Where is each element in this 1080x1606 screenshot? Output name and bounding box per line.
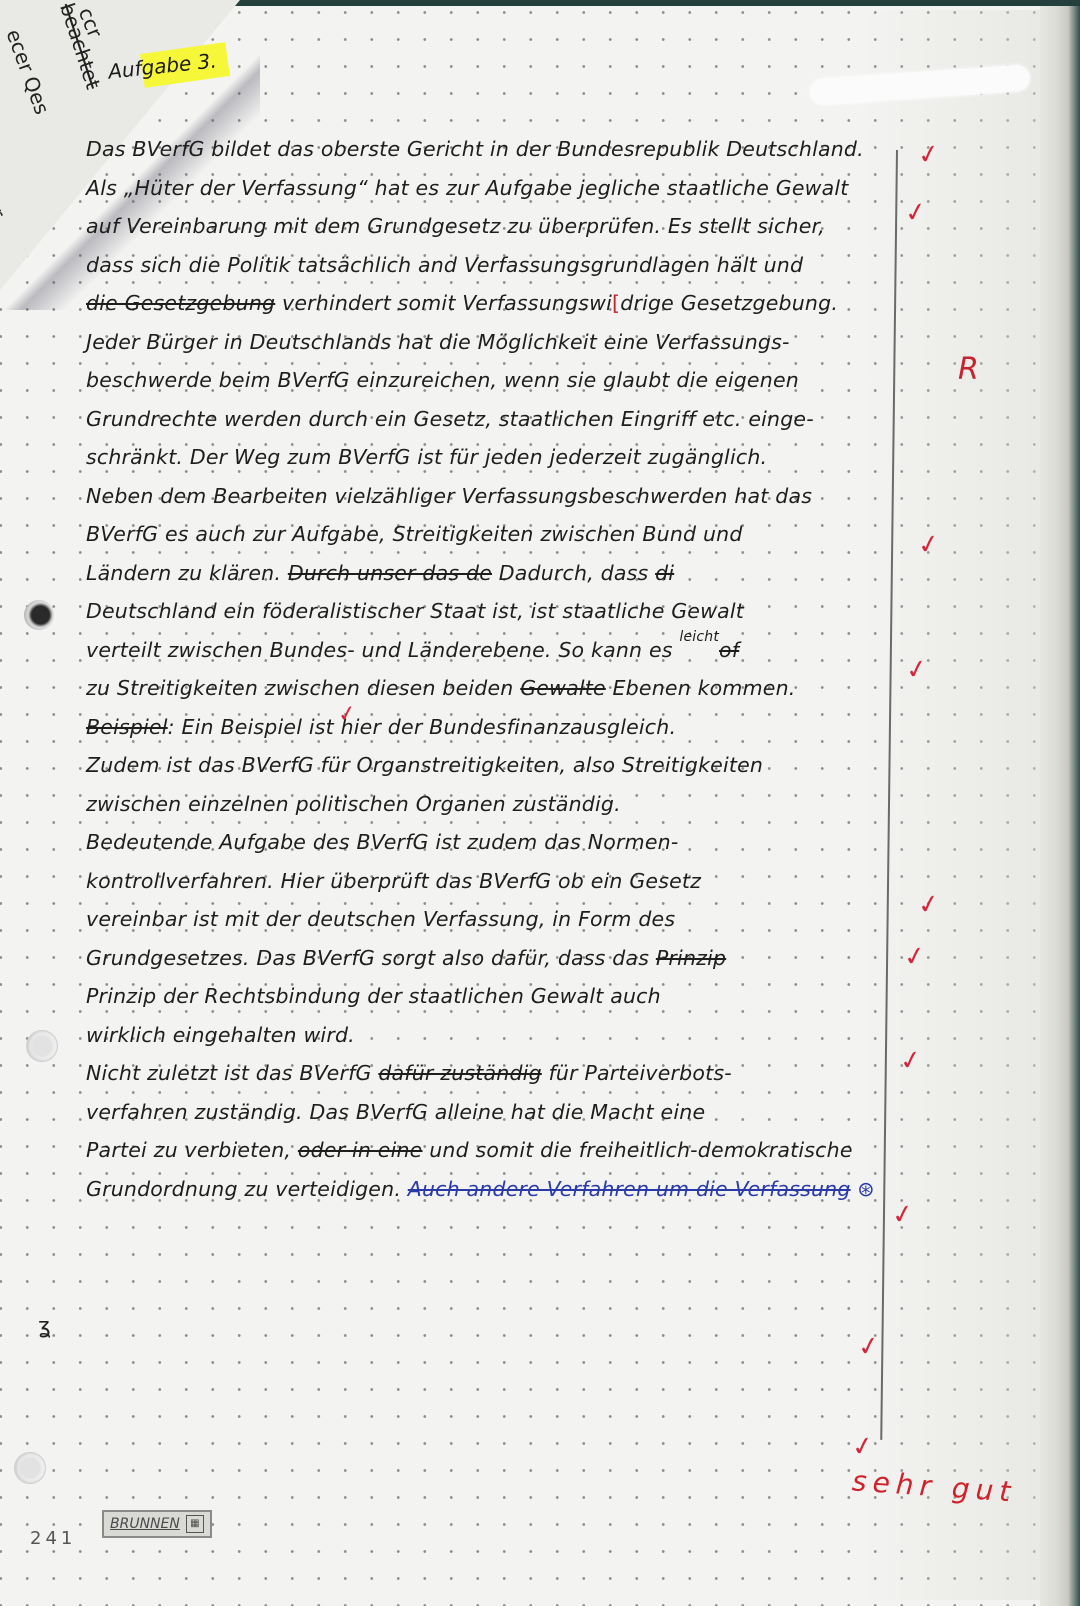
crossed-out-text: of: [719, 638, 739, 662]
text-line: Partei zu verbieten, oder in eine und so…: [86, 1131, 896, 1170]
text-line: Bedeutende Aufgabe des BVerfG ist zudem …: [86, 823, 896, 862]
handwritten-text: Bedeutende Aufgabe des BVerfG ist zudem …: [86, 830, 678, 854]
text-line: zu Streitigkeiten zwischen diesen beiden…: [86, 669, 896, 708]
crossed-out-text: dafür zuständig: [378, 1061, 541, 1085]
text-line: verfahren zuständig. Das BVerfG alleine …: [86, 1093, 896, 1132]
correction-letter-r: R: [958, 352, 979, 387]
handwritten-text: Ländern zu klären.: [86, 561, 288, 585]
text-line: Prinzip der Rechtsbindung der staatliche…: [86, 977, 896, 1016]
handwritten-text: Prinzip der Rechtsbindung der staatliche…: [86, 984, 661, 1008]
text-line: Grundordnung zu verteidigen. Auch andere…: [86, 1170, 896, 1209]
text-line: auf Vereinbarung mit dem Grundgesetz zu …: [86, 207, 896, 246]
paper-brand-logo: BRUNNEN▦: [102, 1510, 212, 1538]
handwritten-text: Neben dem Bearbeiten vielzähliger Verfas…: [86, 484, 812, 508]
text-line: wirklich eingehalten wird.: [86, 1016, 896, 1055]
text-line: Neben dem Bearbeiten vielzähliger Verfas…: [86, 477, 896, 516]
crossed-out-text: Prinzip: [656, 946, 726, 970]
handwritten-text: Grundordnung zu verteidigen.: [86, 1177, 408, 1201]
handwritten-text: Jeder Bürger in Deutschlands hat die Mög…: [86, 330, 790, 354]
handwritten-text: verhindert somit Verfassungswi: [275, 291, 612, 315]
page-number: 241: [30, 1528, 76, 1549]
brand-name: BRUNNEN: [110, 1516, 180, 1532]
handwritten-text: vereinbar ist mit der deutschen Verfassu…: [86, 907, 675, 931]
text-line: dass sich die Politik tatsächlich and Ve…: [86, 246, 896, 285]
handwritten-text: drige Gesetzgebung.: [620, 291, 838, 315]
handwritten-text: Partei zu verbieten,: [86, 1138, 298, 1162]
handwritten-text: Als „Hüter der Verfassung“ hat es zur Au…: [86, 176, 849, 200]
handwritten-text: dass sich die Politik tatsächlich and Ve…: [86, 253, 803, 277]
handwritten-text: Zudem ist das BVerfG für Organstreitigke…: [86, 753, 763, 777]
text-line: die Gesetzgebung verhindert somit Verfas…: [86, 284, 896, 323]
crossed-out-text: Beispiel: [86, 715, 168, 739]
handwritten-text: ⊛: [851, 1177, 875, 1201]
crossed-out-text: die Gesetzgebung: [86, 291, 275, 315]
handwritten-text: kontrollverfahren. Hier überprüft das BV…: [86, 869, 701, 893]
handwritten-text: Grundrechte werden durch ein Gesetz, sta…: [86, 407, 814, 431]
margin-squiggle: ʓ: [38, 1314, 51, 1339]
handwritten-text: verteilt zwischen Bundes- und Ländereben…: [86, 638, 679, 662]
crossed-out-text: oder in eine: [298, 1138, 423, 1162]
text-line: Zudem ist das BVerfG für Organstreitigke…: [86, 746, 896, 785]
handwritten-text: für Parteiverbots-: [542, 1061, 732, 1085]
text-line: Ländern zu klären. Durch unser das de Da…: [86, 554, 896, 593]
handwritten-text: Ebenen kommen.: [606, 676, 796, 700]
crossed-out-text: di: [655, 561, 674, 585]
handwritten-text: [: [612, 291, 620, 315]
text-line: Das BVerfG bildet das oberste Gericht in…: [86, 130, 896, 169]
text-line: BVerfG es auch zur Aufgabe, Streitigkeit…: [86, 515, 896, 554]
text-line: vereinbar ist mit der deutschen Verfassu…: [86, 900, 896, 939]
text-line: Als „Hüter der Verfassung“ hat es zur Au…: [86, 169, 896, 208]
handwritten-text: Dadurch, dass: [492, 561, 655, 585]
crossed-out-text: Gewalte: [520, 676, 606, 700]
handwritten-text: verfahren zuständig. Das BVerfG alleine …: [86, 1100, 705, 1124]
handwritten-text: Deutschland ein föderalistischer Staat i…: [86, 599, 744, 623]
handwritten-text: wirklich eingehalten wird.: [86, 1023, 355, 1047]
punch-hole: [24, 600, 54, 630]
crossed-out-text: Durch unser das de: [288, 561, 492, 585]
handwritten-text: und somit die freiheitlich-demokratische: [423, 1138, 853, 1162]
text-line: Nicht zuletzt ist das BVerfG dafür zustä…: [86, 1054, 896, 1093]
handwritten-text: zwischen einzelnen politischen Organen z…: [86, 792, 621, 816]
handwritten-text: Nicht zuletzt ist das BVerfG: [86, 1061, 378, 1085]
brand-logo-icon: ▦: [186, 1515, 204, 1533]
handwritten-text: auf Vereinbarung mit dem Grundgesetz zu …: [86, 214, 825, 238]
punch-hole: [14, 1452, 46, 1484]
text-line: verteilt zwischen Bundes- und Ländereben…: [86, 631, 896, 670]
text-line: beschwerde beim BVerfG einzureichen, wen…: [86, 361, 896, 400]
text-line: Grundrechte werden durch ein Gesetz, sta…: [86, 400, 896, 439]
handwritten-text: : Ein Beispiel ist hier der Bundesfinanz…: [168, 715, 677, 739]
handwritten-text: Grundgesetzes. Das BVerfG sorgt also daf…: [86, 946, 656, 970]
handwritten-text: Das BVerfG bildet das oberste Gericht in…: [86, 137, 864, 161]
paper-stack-edge: [1040, 6, 1080, 1606]
handwritten-text: zu Streitigkeiten zwischen diesen beiden: [86, 676, 520, 700]
text-line: schränkt. Der Weg zum BVerfG ist für jed…: [86, 438, 896, 477]
text-line: Grundgesetzes. Das BVerfG sorgt also daf…: [86, 939, 896, 978]
crossed-out-text: Auch andere Verfahren um die Verfassung: [408, 1177, 851, 1201]
answer-text-block: Das BVerfG bildet das oberste Gericht in…: [86, 130, 896, 1208]
handwritten-text: schränkt. Der Weg zum BVerfG ist für jed…: [86, 445, 767, 469]
handwritten-text: leicht: [679, 629, 719, 645]
handwritten-text: beschwerde beim BVerfG einzureichen, wen…: [86, 368, 799, 392]
text-line: Deutschland ein föderalistischer Staat i…: [86, 592, 896, 631]
text-line: kontrollverfahren. Hier überprüft das BV…: [86, 862, 896, 901]
text-line: Jeder Bürger in Deutschlands hat die Mög…: [86, 323, 896, 362]
handwritten-text: BVerfG es auch zur Aufgabe, Streitigkeit…: [86, 522, 743, 546]
text-line: Beispiel: Ein Beispiel ist hier der Bund…: [86, 708, 896, 747]
photo-of-notebook-page: ccr beachtet ecer Qes isr Aufgabe 3. Das…: [0, 0, 1080, 1606]
punch-hole: [26, 1030, 58, 1062]
text-line: zwischen einzelnen politischen Organen z…: [86, 785, 896, 824]
